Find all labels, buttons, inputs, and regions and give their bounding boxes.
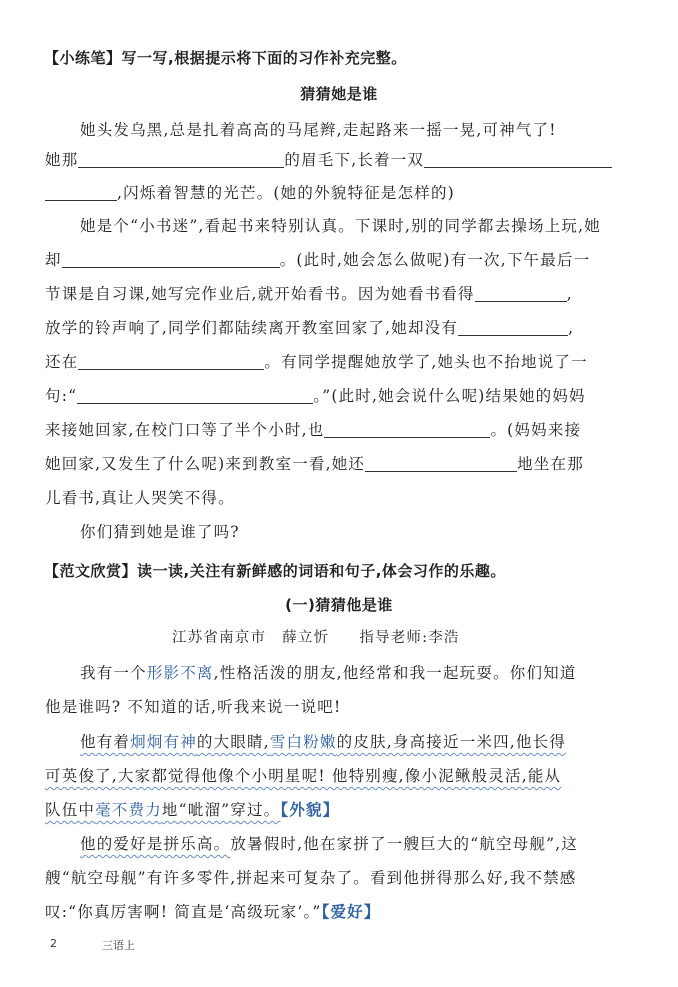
text-fragment: 的眉毛下,长着一双 — [284, 151, 424, 169]
essay-line: 他是谁吗? 不知道的话,听我来说一说吧! — [45, 697, 341, 717]
text-fragment: 放暑假时,他在家拼了一艘巨大的“航空母舰”,这 — [230, 835, 578, 853]
text-fragment: 。(妈妈来接 — [490, 421, 581, 439]
text-fragment: 却 — [45, 251, 62, 269]
exercise-question: 你们猜到她是谁了吗? — [80, 522, 240, 542]
essay-line: 可英俊了,大家都觉得他像个小明星呢! 他特别瘦,像小泥鳅般灵活,能从 — [45, 766, 561, 786]
model-essay-tag: 【范文欣赏】 — [44, 562, 137, 580]
text-fragment: , — [567, 285, 573, 303]
fill-blank[interactable] — [424, 151, 612, 168]
text-fragment: 来接她回家,在校门口等了半个小时,也 — [45, 421, 324, 439]
exercise-line: 她是个“小书迷”,看起书来特别认真。下课时,别的同学都去操场上玩,她 — [80, 216, 601, 236]
essay-line: 叹:“你真厉害啊! 简直是‘高级玩家’。”【爱好】 — [45, 902, 381, 922]
text-fragment: 她那 — [45, 151, 78, 169]
text-fragment: 她回家,又发生了什么呢)来到教室一看,她还 — [45, 455, 365, 473]
essay-title: (一)猜猜他是谁 — [0, 595, 678, 615]
text-fragment: 地“呲溜”穿过。 — [162, 801, 280, 819]
exercise-title: 猜猜她是谁 — [0, 84, 678, 104]
workbook-page: 【小练笔】写一写,根据提示将下面的习作补充完整。 猜猜她是谁 她头发乌黑,总是扎… — [0, 0, 678, 987]
exercise-line: 她那的眉毛下,长着一双 — [45, 150, 612, 170]
essay-line: 艘“航空母舰”有许多零件,拼起来可复杂了。看到他拼得那么好,我不禁感 — [45, 868, 577, 888]
model-essay-heading: 【范文欣赏】读一读,关注有新鲜感的词语和句子,体会习作的乐趣。 — [44, 561, 506, 581]
fill-blank[interactable] — [78, 353, 264, 370]
exercise-tag: 【小练笔】 — [44, 49, 122, 67]
exercise-line: 还在。有同学提醒她放学了,她头也不抬地说了一 — [45, 352, 588, 372]
text-fragment: 的大眼睛, — [197, 733, 270, 751]
exercise-heading: 【小练笔】写一写,根据提示将下面的习作补充完整。 — [44, 48, 407, 68]
fill-blank[interactable] — [324, 421, 490, 438]
essay-paragraph: 我有一个形影不离,性格活泼的朋友,他经常和我一起玩耍。你们知道 — [80, 663, 577, 683]
exercise-instruction: 写一写,根据提示将下面的习作补充完整。 — [122, 49, 407, 67]
essay-byline: 江苏省南京市薛立忻指导老师:李浩 — [172, 628, 460, 648]
fill-blank[interactable] — [62, 251, 280, 268]
text-fragment: 。有同学提醒她放学了,她头也不抬地说了一 — [264, 353, 587, 371]
essay-line: 队伍中毫不费力地“呲溜”穿过。【外貌】 — [45, 800, 339, 820]
exercise-line: 却。(此时,她会怎么做呢)有一次,下午最后一 — [45, 250, 590, 270]
text-fragment: ,闪烁着智慧的光芒。(她的外貌特征是怎样的) — [117, 184, 455, 202]
text-fragment: 我有一个 — [80, 664, 147, 682]
highlighted-phrase: 雪白粉嫩 — [270, 733, 337, 751]
highlighted-phrase: 炯炯有神 — [130, 733, 197, 751]
model-essay-instruction: 读一读,关注有新鲜感的词语和句子,体会习作的乐趣。 — [137, 562, 506, 580]
byline-location: 江苏省南京市 — [172, 630, 266, 646]
text-fragment: 叹:“你真厉害啊! 简直是‘高级玩家’。” — [45, 903, 322, 921]
exercise-line: 来接她回家,在校门口等了半个小时,也。(妈妈来接 — [45, 420, 581, 440]
fill-blank[interactable] — [365, 455, 517, 472]
highlighted-phrase: 毫不费力 — [95, 801, 162, 819]
category-tag-appearance: 【外貌】 — [280, 800, 339, 819]
exercise-line: 儿看书,真让人哭笑不得。 — [45, 488, 235, 508]
text-fragment: 地坐在那 — [517, 455, 584, 473]
text-fragment: 句:“ — [45, 387, 77, 405]
fill-blank[interactable] — [78, 151, 284, 168]
text-fragment: 节课是自习课,她写完作业后,就开始看书。因为她看书看得 — [45, 285, 475, 303]
text-fragment: 队伍中 — [45, 801, 95, 819]
exercise-line: ,闪烁着智慧的光芒。(她的外貌特征是怎样的) — [45, 183, 455, 203]
text-fragment: 还在 — [45, 353, 78, 371]
text-fragment: ,性格活泼的朋友,他经常和我一起玩耍。你们知道 — [214, 664, 577, 682]
page-number: 2 — [50, 937, 57, 950]
text-fragment: 他有着 — [80, 733, 130, 751]
fill-blank[interactable] — [475, 285, 567, 302]
text-fragment: 。”(此时,她会说什么呢)结果她的妈妈 — [313, 387, 586, 405]
fill-blank[interactable] — [77, 387, 313, 404]
fill-blank[interactable] — [458, 319, 568, 336]
highlighted-phrase: 形影不离 — [147, 664, 214, 682]
exercise-line: 她头发乌黑,总是扎着高高的马尾辫,走起路来一摇一晃,可神气了! — [80, 120, 557, 140]
essay-paragraph: 他的爱好是拼乐高。放暑假时,他在家拼了一艘巨大的“航空母舰”,这 — [80, 834, 578, 854]
byline-teacher: 指导老师:李浩 — [359, 630, 459, 646]
exercise-line: 句:“。”(此时,她会说什么呢)结果她的妈妈 — [45, 386, 586, 406]
book-label: 三语上 — [102, 937, 135, 953]
text-fragment: 他的爱好是拼乐高。 — [80, 835, 230, 853]
exercise-line: 节课是自习课,她写完作业后,就开始看书。因为她看书看得, — [45, 284, 573, 304]
fill-blank[interactable] — [45, 184, 117, 201]
text-fragment: , — [568, 319, 574, 337]
category-tag-hobby: 【爱好】 — [322, 902, 381, 921]
exercise-line: 她回家,又发生了什么呢)来到教室一看,她还地坐在那 — [45, 454, 584, 474]
text-fragment: 放学的铃声响了,同学们都陆续离开教室回家了,她却没有 — [45, 319, 458, 337]
byline-author: 薛立忻 — [282, 630, 329, 646]
text-fragment: 。(此时,她会怎么做呢)有一次,下午最后一 — [280, 251, 591, 269]
essay-paragraph: 他有着炯炯有神的大眼睛,雪白粉嫩的皮肤,身高接近一米四,他长得 — [80, 732, 566, 752]
text-fragment: 可英俊了,大家都觉得他像个小明星呢! 他特别瘦,像小泥鳅般灵活,能从 — [45, 767, 561, 785]
text-fragment: 的皮肤,身高接近一米四,他长得 — [337, 733, 566, 751]
exercise-line: 放学的铃声响了,同学们都陆续离开教室回家了,她却没有, — [45, 318, 574, 338]
